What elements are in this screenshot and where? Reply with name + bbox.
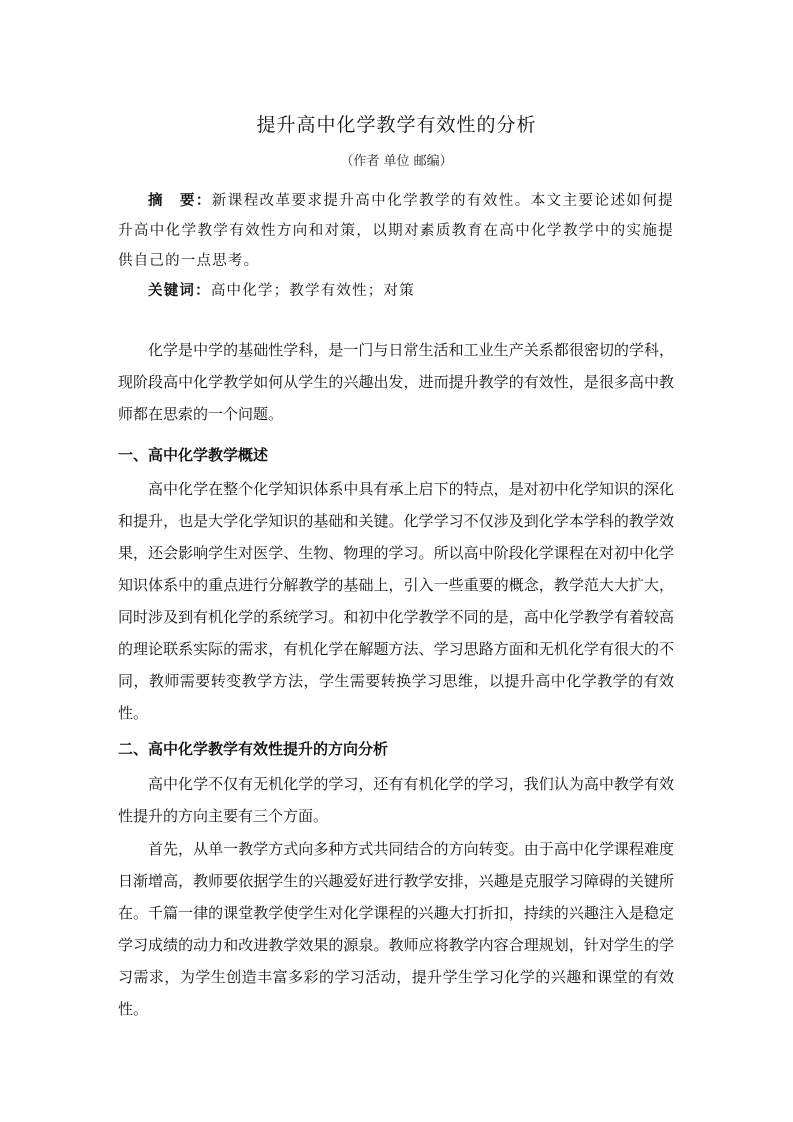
section-heading-1: 一、高中化学教学概述 xyxy=(118,444,268,465)
keywords: 关键词：高中化学；教学有效性；对策 xyxy=(118,276,674,306)
document-title: 提升高中化学教学有效性的分析 xyxy=(0,110,793,137)
section-2-paragraph-2: 首先，从单一教学方式向多种方式共同结合的方向转变。由于高中化学课程难度日渐增高，… xyxy=(118,833,674,1025)
abstract-label: 摘 要： xyxy=(148,193,212,209)
section-2-paragraph-1: 高中化学不仅有无机化学的学习，还有有机化学的学习，我们认为高中教学有效性提升的方… xyxy=(118,768,674,832)
keywords-label: 关键词： xyxy=(148,283,211,299)
section-heading-2: 二、高中化学教学有效性提升的方向分析 xyxy=(118,738,388,759)
intro-paragraph: 化学是中学的基础性学科，是一门与日常生活和工业生产关系都很密切的学科，现阶段高中… xyxy=(118,334,674,430)
section-1-paragraph-1: 高中化学在整个化学知识体系中具有承上启下的特点，是对初中化学知识的深化和提升，也… xyxy=(118,473,674,729)
abstract: 摘 要：新课程改革要求提升高中化学教学的有效性。本文主要论述如何提升高中化学教学… xyxy=(118,186,674,276)
keywords-text: 高中化学；教学有效性；对策 xyxy=(211,283,415,299)
document-page: 提升高中化学教学有效性的分析 （作者 单位 邮编） 摘 要：新课程改革要求提升高… xyxy=(0,0,793,1122)
author-line: （作者 单位 邮编） xyxy=(0,150,793,169)
